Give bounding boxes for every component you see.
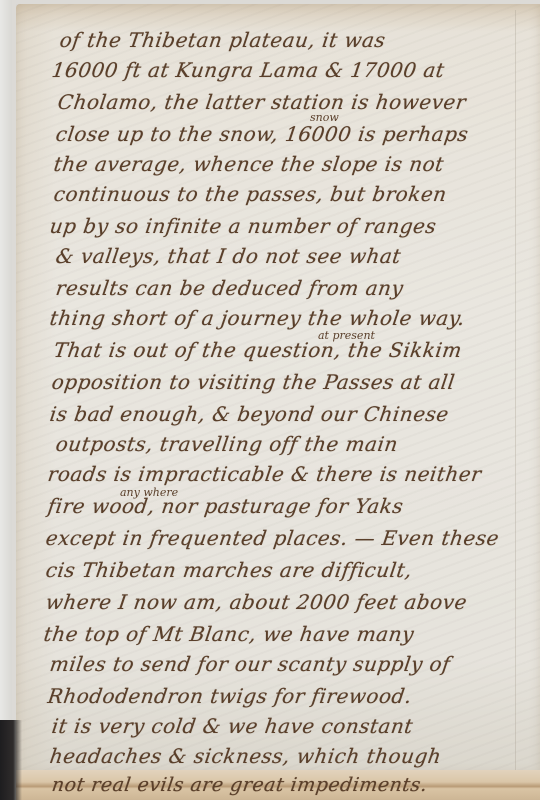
- text-line: fire wood, nor pasturage for Yaks: [46, 494, 405, 518]
- text-line: outposts, travelling off the main: [54, 432, 399, 456]
- text-line: Cholamo, the latter station is however: [56, 90, 467, 114]
- text-line: results can be deduced from any: [54, 276, 405, 300]
- text-line: roads is impracticable & there is neithe…: [46, 462, 483, 486]
- text-line: Rhododendron twigs for firewood.: [46, 684, 413, 708]
- text-line: cis Thibetan marches are difficult,: [44, 558, 413, 582]
- text-line: headaches & sickness, which though: [48, 744, 443, 768]
- text-line: not real evils are great impediments.: [50, 774, 428, 796]
- text-line: the top of Mt Blanc, we have many: [42, 622, 415, 646]
- text-line: That is out of the question, the Sikkim: [52, 338, 463, 362]
- text-line: is bad enough, & beyond our Chinese: [48, 402, 450, 426]
- text-line: 16000 ft at Kungra Lama & 17000 at: [50, 58, 446, 82]
- handwritten-text-block: of the Thibetan plateau, it was 16000 ft…: [0, 0, 540, 800]
- text-line: continuous to the passes, but broken: [52, 182, 448, 206]
- text-line: the average, whence the slope is not: [52, 152, 445, 176]
- text-line: close up to the snow, 16000 is perhaps: [54, 122, 470, 146]
- text-line: thing short of a journey the whole way.: [48, 306, 466, 330]
- text-line: miles to send for our scanty supply of: [48, 652, 452, 676]
- text-line: opposition to visiting the Passes at all: [50, 370, 456, 394]
- text-line: except in frequented places. — Even thes…: [44, 526, 500, 550]
- text-line: up by so infinite a number of ranges: [48, 214, 438, 238]
- text-line: of the Thibetan plateau, it was: [58, 28, 387, 52]
- text-line: where I now am, about 2000 feet above: [44, 590, 468, 614]
- text-line: it is very cold & we have constant: [50, 714, 414, 738]
- text-line: & valleys, that I do not see what: [54, 244, 402, 268]
